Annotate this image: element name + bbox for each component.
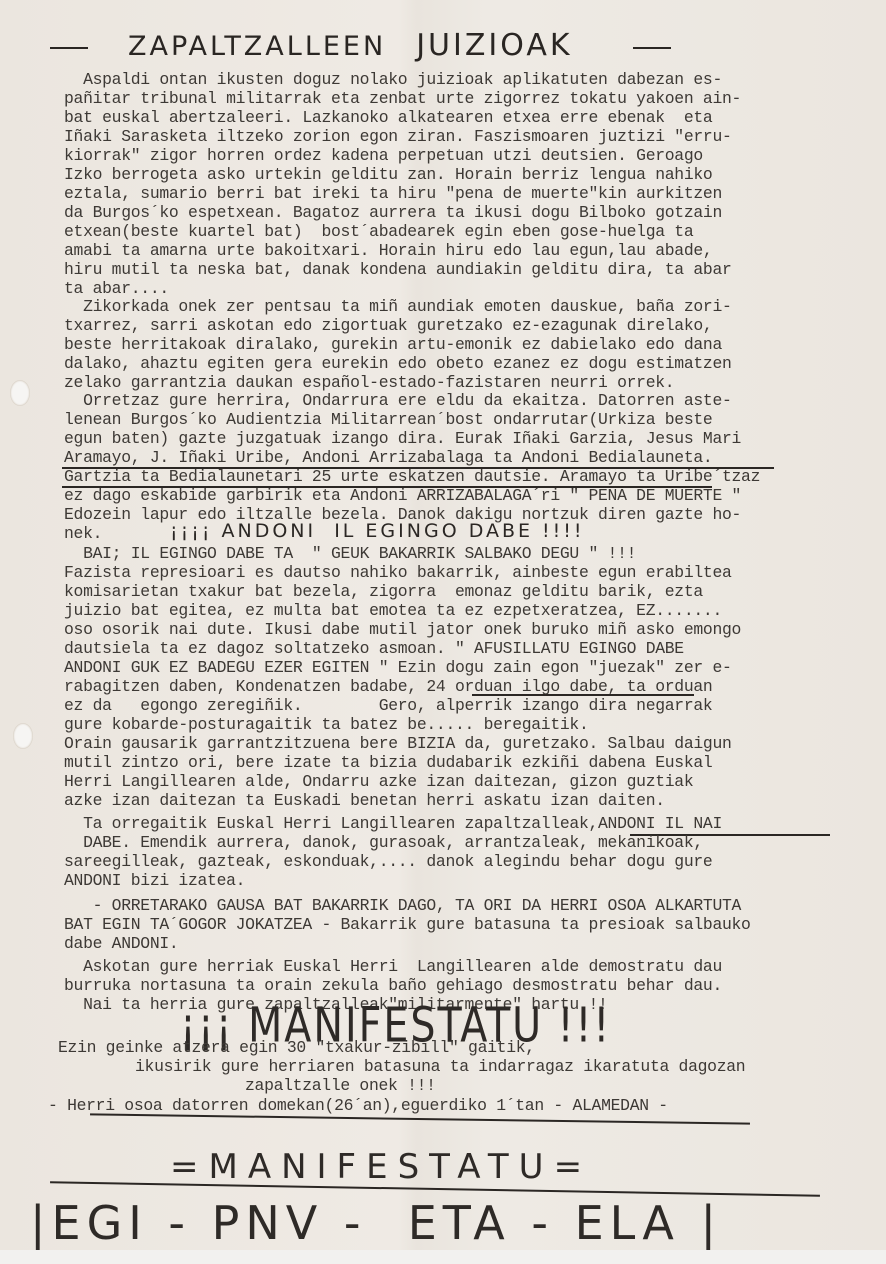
text-line: BAI; IL EGINGO DABE TA " GEUK BAKARRIK S… (64, 544, 636, 563)
closing-line: Ezin geinke atzera egin 30 "txakur-zibil… (58, 1038, 535, 1057)
punch-hole (13, 723, 33, 749)
text-line: ANDONI GUK EZ BADEGU EZER EGITEN " Ezin … (64, 658, 732, 677)
text-line: oso osorik nai dute. Ikusi dabe mutil ja… (64, 620, 741, 639)
text-line: lenean Burgos´ko Audientzia Militarrean´… (64, 410, 712, 429)
text-line: juizio bat egitea, ez multa bat emotea t… (64, 601, 722, 620)
text-line: Zikorkada onek zer pentsau ta miñ aundia… (64, 297, 732, 316)
text-line: ez da egongo zeregiñik. Gero, alperrik i… (64, 696, 712, 715)
text-line: Askotan gure herriak Euskal Herri Langil… (64, 957, 722, 976)
text-line: azke izan daitezan ta Euskadi benetan he… (64, 791, 665, 810)
title-word-2: JUIZIOAK (416, 28, 572, 63)
slogan-text: EGI - PNV - ETA - ELA (52, 1196, 680, 1250)
title-word-1: ZAPALTZALLEEN (128, 31, 386, 62)
text-line: ANDONI bizi izatea. (64, 871, 245, 890)
text-line: gure kobarde-posturagaitik ta batez be..… (64, 715, 588, 734)
text-line: ez dago eskabide garbirik eta Andoni ARR… (64, 486, 741, 505)
title-dash (50, 47, 88, 49)
text-line: Ta orregaitik Euskal Herri Langillearen … (64, 814, 722, 833)
text-line: Herri Langillearen alde, Ondarru azke iz… (64, 772, 693, 791)
text-line-underlined: Aramayo, J. Iñaki Uribe, Andoni Arrizaba… (64, 448, 712, 467)
event-details: - Herri osoa datorren domekan(26´an),egu… (48, 1096, 668, 1115)
text-line: kiorrak" zigor horren ordez kadena perpe… (64, 146, 703, 165)
text-line: Aspaldi ontan ikusten doguz nolako juizi… (64, 70, 722, 89)
text-line: ta abar.... (64, 279, 169, 298)
text-line: burruka nortasuna ta orain zekula baño g… (64, 976, 722, 995)
text-line: dabe ANDONI. (64, 934, 178, 953)
scan-edge (0, 1250, 886, 1264)
text-line: pañitar tribunal militarrak eta zenbat u… (64, 89, 741, 108)
text-line: nek. (64, 524, 102, 543)
handwritten-slogan: ¡¡¡¡ ANDONI IL EGINGO DABE !!!! (170, 520, 585, 542)
text-line: etxean(beste kuartel bat) bost´abadearek… (64, 222, 693, 241)
text-line: zelako garrantzia daukan español-estado-… (64, 373, 674, 392)
text-line: Iñaki Sarasketa iltzeko zorion egon zira… (64, 127, 732, 146)
text-line: Izko berrogeta asko urtekin gelditu zan.… (64, 165, 712, 184)
text-line: - ORRETARAKO GAUSA BAT BAKARRIK DAGO, TA… (64, 896, 741, 915)
title-dash (633, 47, 671, 49)
document-title: ZAPALTZALLEENJUIZIOAK (40, 28, 760, 63)
text-line: dalako, ahaztu egiten gera eurekin edo o… (64, 354, 732, 373)
text-line: amabi ta amarna urte bakoitxari. Horain … (64, 241, 712, 260)
punch-hole (10, 380, 30, 406)
text-line: da Burgos´ko espetxean. Bagatoz aurrera … (64, 203, 722, 222)
text-line: dautsiela ta ez dagoz soltatzeko asmoan.… (64, 639, 684, 658)
text-line: eztala, sumario berri bat ireki ta hiru … (64, 184, 722, 203)
text-line: bat euskal abertzaleeri. Lazkanoko alkat… (64, 108, 712, 127)
text-line: Fazista represioari es dautso nahiko bak… (64, 563, 732, 582)
text-line: Orretzaz gure herrira, Ondarrura ere eld… (64, 391, 732, 410)
manifestatu-handwritten: =MANIFESTATU= (170, 1147, 592, 1187)
text-line: beste herritakoak diralako, gurekin artu… (64, 335, 722, 354)
text-line: BAT EGIN TA´GOGOR JOKATZEA - Bakarrik gu… (64, 915, 751, 934)
text-line: DABE. Emendik aurrera, danok, gurasoak, … (64, 833, 703, 852)
text-line: sareegilleak, gazteak, eskonduak,.... da… (64, 852, 712, 871)
text-line: Gartzia ta Bedialaunetari 25 urte eskatz… (64, 467, 760, 486)
party-slogan: |EGI - PNV - ETA - ELA | (30, 1196, 722, 1250)
closing-line: ikusirik gure herriaren batasuna ta inda… (135, 1057, 745, 1076)
text-line: mutil zintzo ori, bere izate ta bizia du… (64, 753, 712, 772)
text-line: Orain gausarik garrantzitzuena bere BIZI… (64, 734, 732, 753)
text-line: hiru mutil ta neska bat, danak kondena a… (64, 260, 732, 279)
text-line: egun baten) gazte juzgatuak izango dira.… (64, 429, 741, 448)
text-line: txarrez, sarri askotan edo zigortuak gur… (64, 316, 712, 335)
closing-line: zapaltzalle onek !!! (245, 1076, 436, 1095)
text-line: komisarietan txakur bat bezela, zigorra … (64, 582, 703, 601)
